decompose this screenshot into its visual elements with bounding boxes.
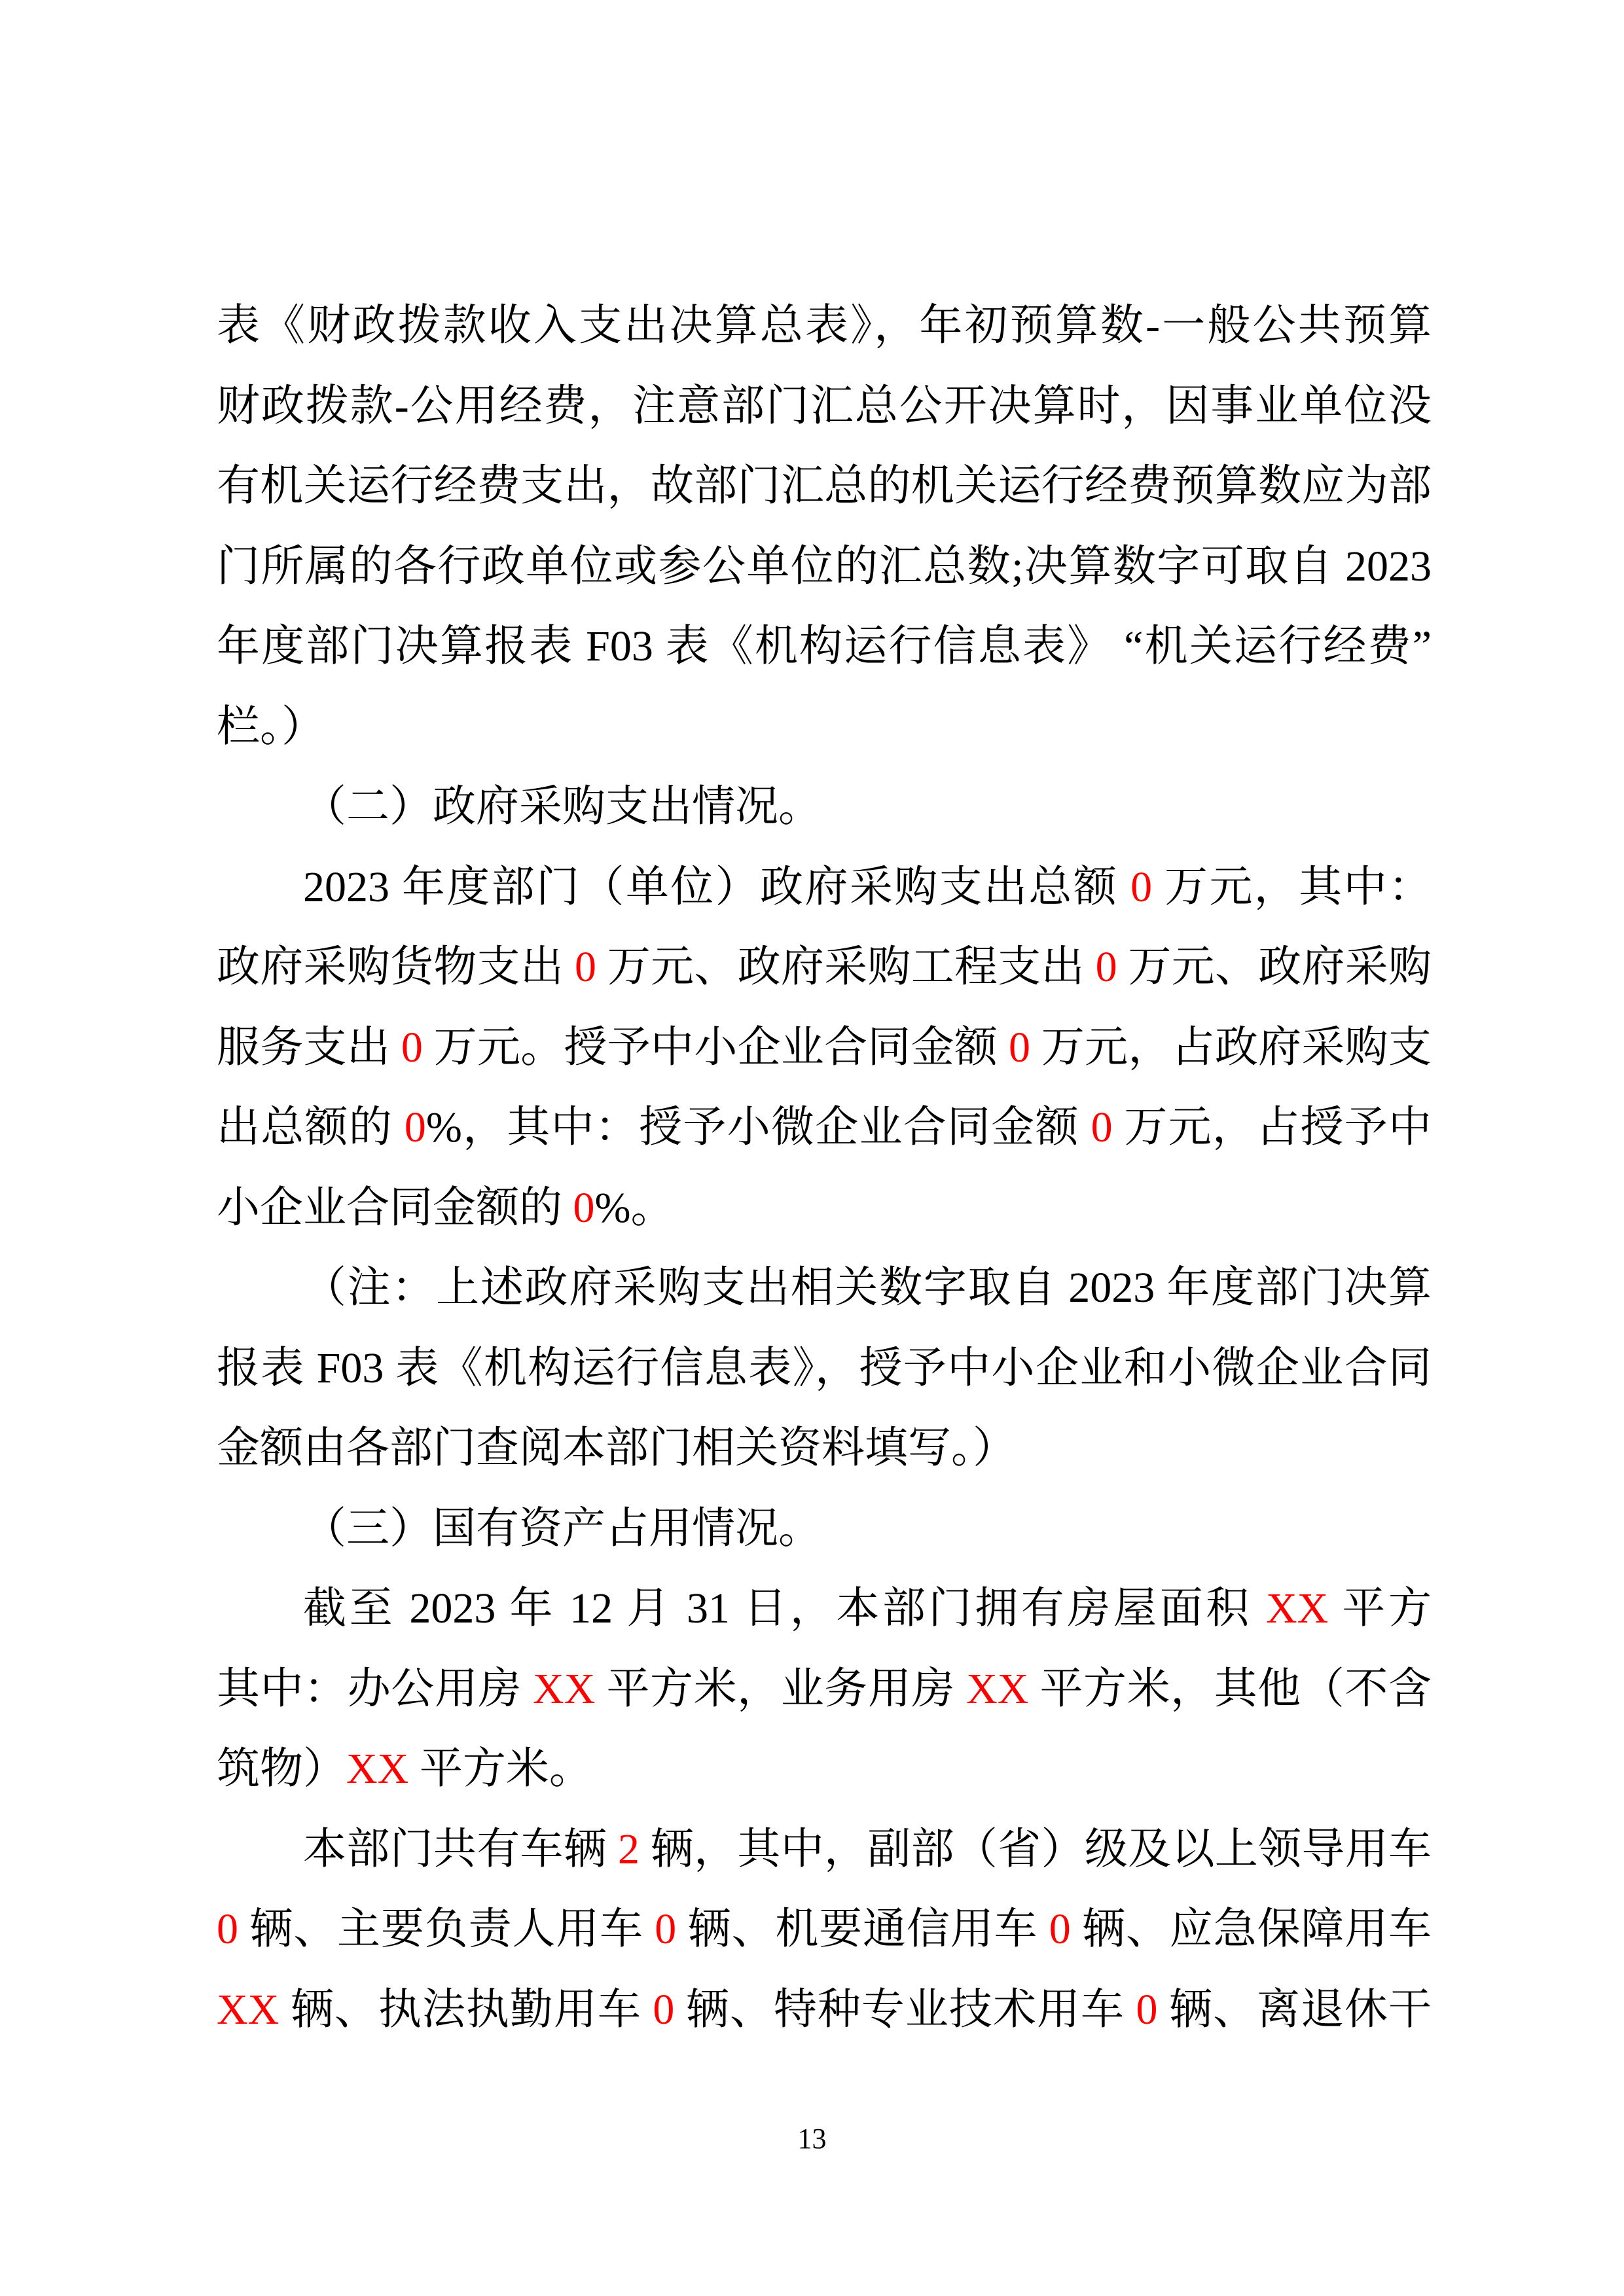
highlighted-value: 0 [1136, 1986, 1157, 2034]
text-line: 0 辆、主要负责人用车 0 辆、机要通信用车 0 辆、应急保障用车 [217, 1890, 1432, 1970]
text-segment: 辆，其中，副部（省）级及以上领导用车 [640, 1825, 1432, 1873]
page-number: 13 [0, 2123, 1624, 2155]
text-line: 2023 年度部门（单位）政府采购支出总额 0 万元，其中： [217, 848, 1432, 928]
text-segment: 本部门共有车辆 [303, 1825, 618, 1873]
text-line: 筑物）XX 平方米。 [217, 1729, 1432, 1810]
text-segment: 万元，其中： [1152, 863, 1432, 911]
highlighted-value: 0 [575, 943, 596, 991]
text-line: 门所属的各行政单位或参公单位的汇总数;决算数字可取自 2023 [217, 527, 1432, 607]
highlighted-value: XX [1266, 1585, 1328, 1632]
text-segment: 辆、特种专业技术用车 [674, 1986, 1136, 2034]
text-segment: 小企业合同金额的 [217, 1184, 573, 1232]
text-line: （注：上述政府采购支出相关数字取自 2023 年度部门决算 [217, 1248, 1432, 1329]
text-segment: 平方米，业务用房 [595, 1665, 966, 1713]
text-segment: 年度部门决算报表 F03 表《机构运行信息表》 “机关运行经费” [217, 622, 1432, 670]
text-segment: （三）国有资产占用情况。 [303, 1505, 821, 1552]
text-line: 报表 F03 表《机构运行信息表》，授予中小企业和小微企业合同 [217, 1329, 1432, 1409]
text-segment: 栏。） [217, 703, 325, 751]
text-line: 服务支出 0 万元。授予中小企业合同金额 0 万元，占政府采购支 [217, 1008, 1432, 1088]
highlighted-value: XX [217, 1986, 279, 2034]
text-segment: 万元，占授予中 [1113, 1103, 1432, 1151]
highlighted-value: 2 [618, 1825, 640, 1873]
highlighted-value: 0 [573, 1184, 595, 1232]
document-page: 表《财政拨款收入支出决算总表》，年初预算数-一般公共预算财政拨款-公用经费，注意… [0, 0, 1624, 2296]
text-segment: 2023 年度部门（单位）政府采购支出总额 [303, 863, 1130, 911]
highlighted-value: 0 [1096, 943, 1117, 991]
text-segment: 辆、应急保障用车 [1071, 1905, 1432, 1953]
text-line: 截至 2023 年 12 月 31 日，本部门拥有房屋面积 XX 平方米， [217, 1569, 1432, 1649]
text-segment: 筑物） [217, 1745, 346, 1793]
text-segment: 表《财政拨款收入支出决算总表》，年初预算数-一般公共预算 [217, 302, 1432, 350]
text-segment: 辆、主要负责人用车 [238, 1905, 655, 1953]
text-line: 小企业合同金额的 0%。 [217, 1168, 1432, 1249]
text-line: （三）国有资产占用情况。 [217, 1489, 1432, 1570]
text-line: 表《财政拨款收入支出决算总表》，年初预算数-一般公共预算 [217, 286, 1432, 367]
text-line: 金额由各部门查阅本部门相关资料填写。） [217, 1408, 1432, 1489]
text-line: 栏。） [217, 687, 1432, 768]
text-segment: 辆、机要通信用车 [676, 1905, 1049, 1953]
highlighted-value: 0 [401, 1024, 423, 1071]
text-segment: 出总额的 [217, 1103, 405, 1151]
text-segment: 金额由各部门查阅本部门相关资料填写。） [217, 1424, 1016, 1472]
text-line: 年度部门决算报表 F03 表《机构运行信息表》 “机关运行经费” [217, 607, 1432, 687]
highlighted-value: 0 [217, 1905, 238, 1953]
text-segment: 服务支出 [217, 1024, 401, 1071]
text-line: 出总额的 0%，其中：授予小微企业合同金额 0 万元，占授予中 [217, 1088, 1432, 1168]
text-segment: 万元、政府采购工程支出 [596, 943, 1096, 991]
document-body: 表《财政拨款收入支出决算总表》，年初预算数-一般公共预算财政拨款-公用经费，注意… [217, 286, 1432, 2050]
text-segment: 万元，占政府采购支 [1030, 1024, 1432, 1071]
highlighted-value: 0 [1049, 1905, 1071, 1953]
text-segment: 其中：办公用房 [217, 1665, 533, 1713]
text-segment: 万元。授予中小企业合同金额 [423, 1024, 1009, 1071]
text-segment: 万元、政府采购 [1117, 943, 1432, 991]
highlighted-value: XX [966, 1665, 1028, 1713]
highlighted-value: 0 [1009, 1024, 1030, 1071]
text-segment: 门所属的各行政单位或参公单位的汇总数;决算数字可取自 2023 [217, 543, 1432, 590]
text-line: 其中：办公用房 XX 平方米，业务用房 XX 平方米，其他（不含构 [217, 1649, 1432, 1730]
text-line: XX 辆、执法执勤用车 0 辆、特种专业技术用车 0 辆、离退休干 [217, 1970, 1432, 2051]
text-segment: （二）政府采购支出情况。 [303, 783, 821, 831]
text-segment: 有机关运行经费支出，故部门汇总的机关运行经费预算数应为部 [217, 462, 1432, 510]
highlighted-value: 0 [1130, 863, 1152, 911]
text-line: （二）政府采购支出情况。 [217, 767, 1432, 848]
text-segment: 报表 F03 表《机构运行信息表》，授予中小企业和小微企业合同 [217, 1344, 1432, 1392]
text-segment: 政府采购货物支出 [217, 943, 575, 991]
text-line: 财政拨款-公用经费，注意部门汇总公开决算时，因事业单位没 [217, 367, 1432, 447]
highlighted-value: 0 [405, 1103, 426, 1151]
text-segment: %。 [595, 1184, 674, 1232]
text-segment: 平方米。 [408, 1745, 592, 1793]
text-segment: 截至 2023 年 12 月 31 日，本部门拥有房屋面积 [303, 1585, 1266, 1632]
text-line: 有机关运行经费支出，故部门汇总的机关运行经费预算数应为部 [217, 446, 1432, 527]
text-segment: 财政拨款-公用经费，注意部门汇总公开决算时，因事业单位没 [217, 382, 1432, 430]
text-segment: %，其中：授予小微企业合同金额 [426, 1103, 1091, 1151]
highlighted-value: 0 [653, 1986, 674, 2034]
text-segment: （注：上述政府采购支出相关数字取自 2023 年度部门决算 [303, 1264, 1432, 1312]
text-segment: 辆、执法执勤用车 [279, 1986, 653, 2034]
highlighted-value: XX [533, 1665, 595, 1713]
highlighted-value: XX [346, 1745, 408, 1793]
text-line: 政府采购货物支出 0 万元、政府采购工程支出 0 万元、政府采购 [217, 927, 1432, 1008]
highlighted-value: 0 [655, 1905, 676, 1953]
text-segment: 辆、离退休干 [1157, 1986, 1432, 2034]
highlighted-value: 0 [1091, 1103, 1113, 1151]
text-line: 本部门共有车辆 2 辆，其中，副部（省）级及以上领导用车 [217, 1810, 1432, 1890]
